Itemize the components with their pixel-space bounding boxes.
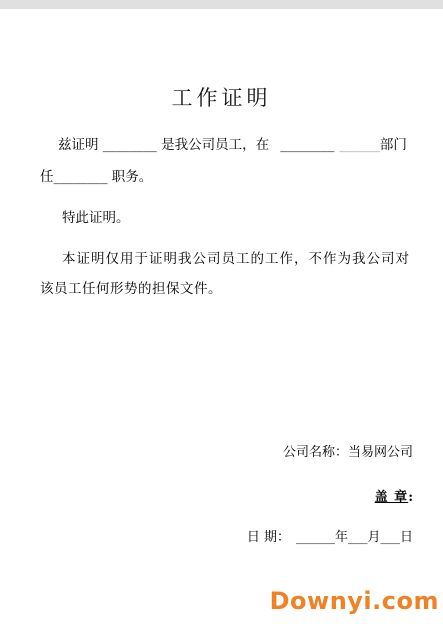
document-title: 工作证明: [0, 82, 443, 112]
document-page: 工作证明 兹证明 ________ 是我公司员工，在 _____________…: [0, 0, 443, 624]
paragraph3-line2: 该员工任何形势的担保文件。: [40, 280, 222, 298]
text-run: 职务。: [108, 169, 153, 185]
text-run: 兹证明: [58, 137, 103, 153]
month-unit: 月: [367, 530, 380, 545]
text-run: 任: [40, 169, 54, 185]
year-unit: 年: [335, 530, 348, 545]
employee-name-blank: ________: [103, 137, 157, 153]
site-watermark: Downyi.com: [270, 587, 439, 615]
position-blank: ________: [54, 169, 108, 185]
paragraph3-line1: 本证明仅用于证明我公司员工的工作，不作为我公司对: [62, 250, 410, 268]
paragraph2: 特此证明。: [62, 209, 130, 227]
text-run: 部门: [380, 137, 407, 153]
company-blank: ________: [280, 137, 334, 153]
viewer-top-bar: [0, 0, 443, 9]
month-blank: ___: [348, 530, 368, 545]
seal-colon: :: [408, 490, 413, 505]
seal-label: 盖 章: [375, 490, 409, 505]
day-unit: 日: [400, 530, 413, 545]
date-line: 日 期：______年___月___日: [247, 529, 413, 547]
paragraph1-line2: 任________ 职务。: [40, 168, 152, 186]
seal-line: 盖 章:: [375, 489, 413, 507]
department-blank: ______: [339, 137, 380, 153]
company-name-line: 公司名称：当易网公司: [283, 444, 413, 462]
paragraph1-line1: 兹证明 ________ 是我公司员工，在 ______________部门: [58, 136, 407, 154]
year-blank: ______: [296, 530, 335, 545]
date-label: 日 期：: [247, 530, 290, 545]
day-blank: ___: [380, 530, 400, 545]
text-run: 是我公司员工，在: [157, 137, 274, 153]
